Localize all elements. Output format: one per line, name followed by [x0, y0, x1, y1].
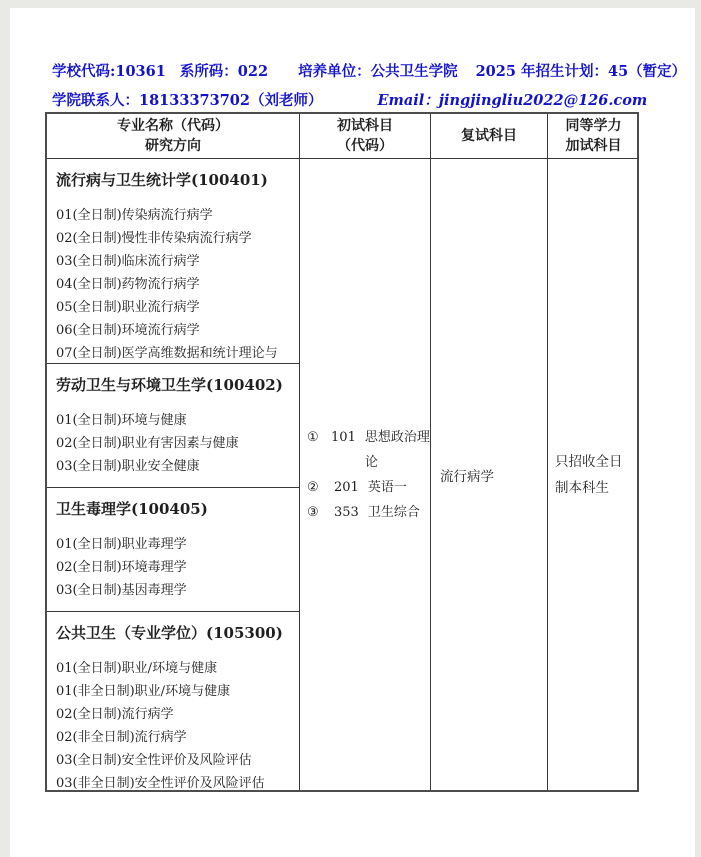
subject-name: 卫生综合: [368, 500, 420, 525]
research-direction: 05(全日制)职业流行病学: [56, 296, 289, 319]
program-section-public-health: 公共卫生（专业学位）(105300) 01(全日制)职业/环境与健康 01(非全…: [47, 612, 299, 790]
retest-subject: 流行病学: [440, 465, 547, 485]
subject-name: 英语一: [368, 475, 407, 500]
program-section-occupational-health: 劳动卫生与环境卫生学(100402) 01(全日制)环境与健康 02(全日制)职…: [47, 364, 299, 488]
research-direction: 01(非全日制)职业/环境与健康: [56, 680, 289, 703]
circled-number-icon: ①: [307, 425, 322, 450]
column-header-major: 专业名称（代码） 研究方向: [47, 114, 299, 159]
research-direction: 03(全日制)临床流行病学: [56, 250, 289, 273]
research-direction: 03(全日制)职业安全健康: [56, 455, 289, 478]
research-direction: 04(全日制)药物流行病学: [56, 273, 289, 296]
contact-email: Email：jingjingliu2022@126.com: [377, 89, 647, 110]
circled-number-icon: ②: [307, 475, 325, 500]
program-section-toxicology: 卫生毒理学(100405) 01(全日制)职业毒理学 02(全日制)环境毒理学 …: [47, 488, 299, 612]
research-direction: 02(全日制)流行病学: [56, 703, 289, 726]
program-section-epidemiology: 流行病与卫生统计学(100401) 01(全日制)传染病流行病学 02(全日制)…: [47, 159, 299, 364]
initial-subject-item: ① 101 思想政治理论: [307, 425, 430, 475]
research-direction: 03(全日制)基因毒理学: [56, 579, 289, 602]
research-direction: 01(全日制)职业毒理学: [56, 533, 289, 556]
training-unit: 培养单位：公共卫生学院: [298, 60, 458, 81]
subject-name: 思想政治理论: [365, 425, 430, 475]
initial-subject-item: ② 201 英语一: [307, 475, 430, 500]
research-direction: 01(全日制)传染病流行病学: [56, 204, 289, 227]
equal-education-cell: 只招收全日制本科生: [547, 159, 639, 790]
research-direction: 02(全日制)环境毒理学: [56, 556, 289, 579]
research-direction: 02(全日制)职业有害因素与健康: [56, 432, 289, 455]
program-title: 公共卫生（专业学位）(105300): [56, 622, 289, 643]
header-line-2: 学院联系人：18133373702（刘老师） Email：jingjingliu…: [52, 89, 652, 110]
initial-subject-item: ③ 353 卫生综合: [307, 500, 430, 525]
retest-subject-cell: 流行病学: [430, 159, 547, 790]
subject-code: 201: [334, 475, 359, 500]
program-title: 卫生毒理学(100405): [56, 498, 289, 519]
research-direction: 02(全日制)慢性非传染病流行病学: [56, 227, 289, 250]
program-title: 劳动卫生与环境卫生学(100402): [56, 374, 289, 395]
column-header-equal-education: 同等学力 加试科目: [547, 114, 639, 159]
research-direction: 03(全日制)安全性评价及风险评估: [56, 749, 289, 772]
admissions-table: 专业名称（代码） 研究方向 初试科目 （代码） 复试科目 同等学力 加试科目 流…: [45, 112, 639, 792]
dept-code: 系所码：022: [180, 60, 268, 81]
circled-number-icon: ③: [307, 500, 325, 525]
initial-subjects-cell: ① 101 思想政治理论 ② 201 英语一 ③ 353 卫生综合: [299, 159, 430, 790]
column-header-initial-subjects: 初试科目 （代码）: [299, 114, 430, 159]
program-title: 流行病与卫生统计学(100401): [56, 169, 289, 190]
research-direction: 03(非全日制)安全性评价及风险评估: [56, 772, 289, 790]
document-header: 学校代码:10361 系所码：022 培养单位：公共卫生学院 2025 年招生计…: [52, 60, 652, 110]
programs-column: 流行病与卫生统计学(100401) 01(全日制)传染病流行病学 02(全日制)…: [47, 159, 299, 790]
enrollment-plan: 2025 年招生计划：45（暂定）: [476, 60, 687, 81]
school-code: 学校代码:10361: [52, 60, 166, 81]
equal-education-note: 只招收全日制本科生: [555, 449, 634, 501]
research-direction: 01(全日制)环境与健康: [56, 409, 289, 432]
header-line-1: 学校代码:10361 系所码：022 培养单位：公共卫生学院 2025 年招生计…: [52, 60, 652, 81]
contact-person: 学院联系人：18133373702（刘老师）: [52, 89, 322, 110]
column-header-retest-subjects: 复试科目: [430, 114, 547, 159]
research-direction: 07(全日制)医学高维数据和统计理论与方法: [56, 342, 289, 364]
research-direction: 02(非全日制)流行病学: [56, 726, 289, 749]
document-sheet: 学校代码:10361 系所码：022 培养单位：公共卫生学院 2025 年招生计…: [10, 8, 695, 857]
research-direction: 01(全日制)职业/环境与健康: [56, 657, 289, 680]
subject-code: 101: [331, 425, 356, 450]
research-direction: 06(全日制)环境流行病学: [56, 319, 289, 342]
subject-code: 353: [334, 500, 359, 525]
